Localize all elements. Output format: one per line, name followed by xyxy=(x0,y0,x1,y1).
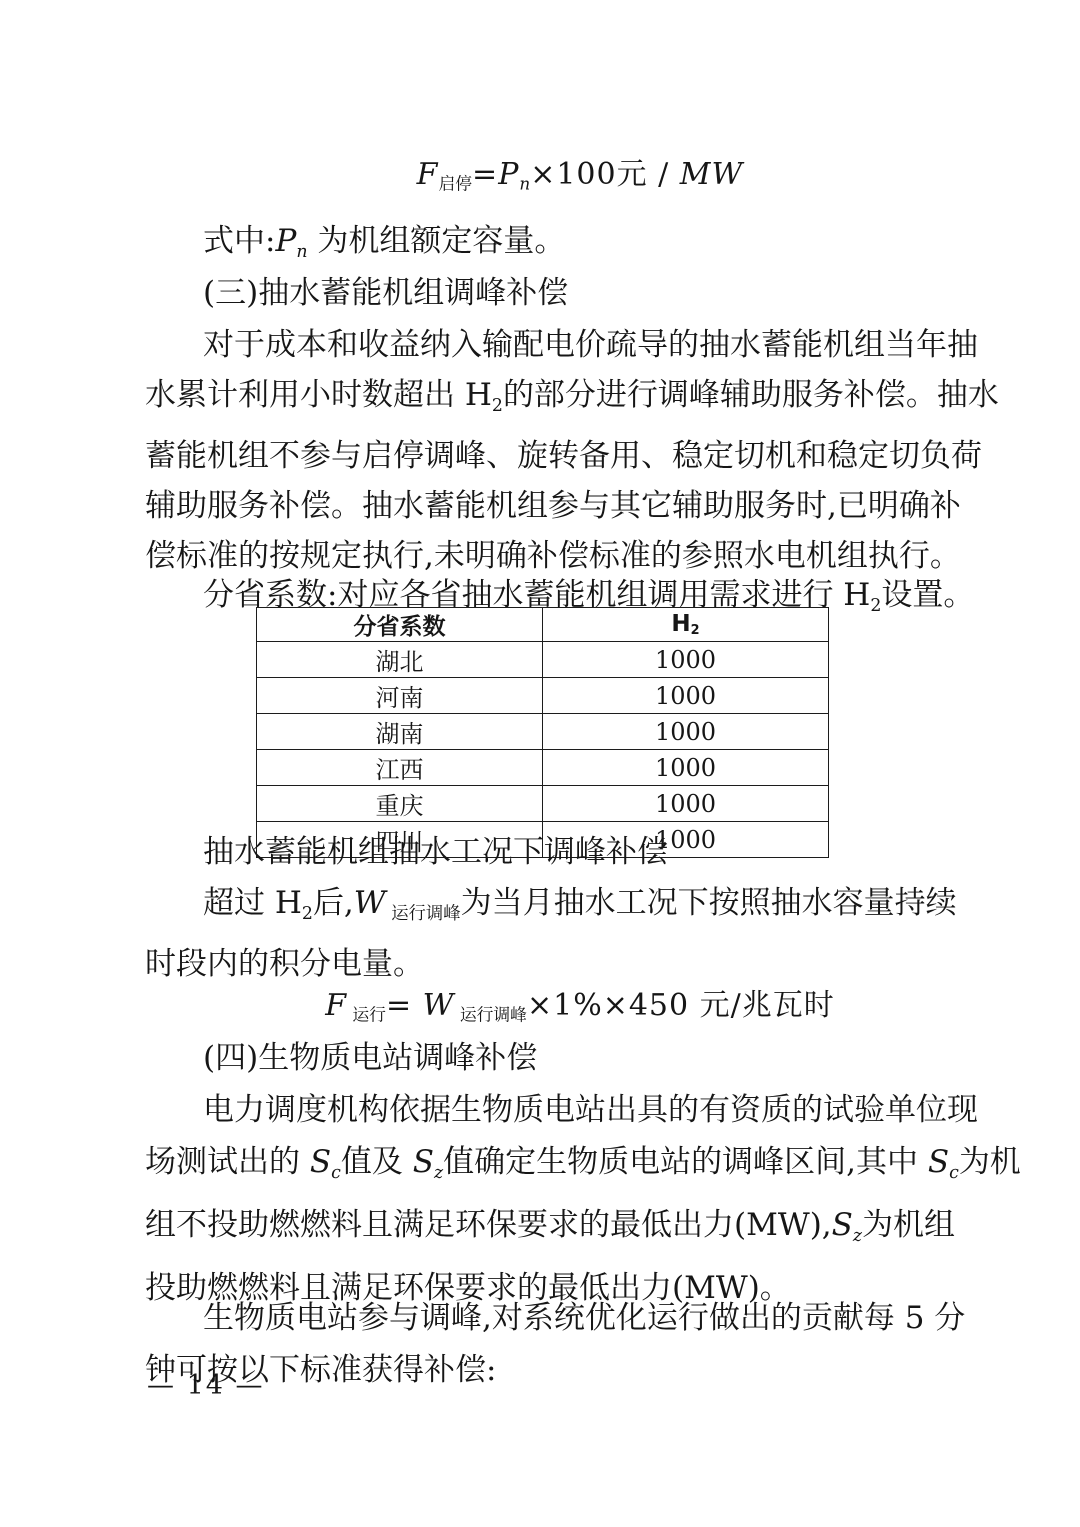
text-run: 2 xyxy=(302,904,313,924)
text-run: P xyxy=(498,157,519,192)
text-run: S xyxy=(928,1144,949,1180)
text-run: 对于成本和收益纳入输配电价疏导的抽水蓄能机组当年抽 xyxy=(203,327,978,363)
text-run: 生物质电站参与调峰,对系统优化运行做出的贡献每 5 分 xyxy=(203,1300,965,1336)
text-run: S xyxy=(413,1144,434,1180)
paragraph-line: 组不投助燃燃料且满足环保要求的最低出力(MW),Sz为机组 xyxy=(145,1199,935,1262)
text-run: c xyxy=(949,1163,959,1183)
table-cell: 湖北 xyxy=(257,642,543,678)
text-run: = xyxy=(386,988,423,1023)
text-run: 元 xyxy=(617,157,648,192)
text-run: 组不投助燃燃料且满足环保要求的最低出力(MW), xyxy=(145,1207,832,1243)
text-run: ×1%×450 元/兆瓦时 xyxy=(527,988,835,1023)
text-run: 运行调峰 xyxy=(386,904,461,924)
text-run: 2 xyxy=(870,596,881,616)
text-run: 为机 xyxy=(959,1144,1021,1180)
text-run: 运行调峰 xyxy=(455,1005,527,1025)
text-run: = xyxy=(472,157,498,192)
text-run: z xyxy=(853,1226,862,1246)
text-run: 时段内的积分电量。 xyxy=(145,946,424,982)
text-run: 的部分进行调峰辅助服务补偿。抽水 xyxy=(503,377,999,413)
text-run: n xyxy=(296,242,307,262)
page-number: — 14 — xyxy=(147,1370,265,1401)
section-heading-4: (四)生物质电站调峰补偿 xyxy=(145,1033,993,1083)
province-coefficient-table: 分省系数 H2 湖北1000河南1000湖南1000江西1000重庆1000四川… xyxy=(256,607,829,858)
paragraph-line: 场测试出的 Sc值及 Sz值确定生物质电站的调峰区间,其中 Sc为机 xyxy=(145,1136,935,1199)
paragraph-line: 电力调度机构依据生物质电站出具的有资质的试验单位现 xyxy=(145,1084,935,1136)
text-run: 蓄能机组不参与启停调峰、旋转备用、稳定切机和稳定切负荷 xyxy=(145,438,982,474)
formula-startup-compensation: F启停=Pn×100元 / MW xyxy=(185,150,975,209)
text-run: 后, xyxy=(313,885,354,921)
text-run: n xyxy=(519,174,530,194)
text-run: W xyxy=(354,885,386,921)
paragraph-biomass: 电力调度机构依据生物质电站出具的有资质的试验单位现 场测试出的 Sc值及 Sz值… xyxy=(145,1084,935,1314)
text-run: 式中: xyxy=(203,223,275,259)
table-row: 湖北1000 xyxy=(257,642,829,678)
text-run: H xyxy=(671,611,690,637)
text-run: 电力调度机构依据生物质电站出具的有资质的试验单位现 xyxy=(203,1092,978,1128)
text-run: F xyxy=(417,157,439,192)
text-run: 抽水蓄能机组抽水工况下调峰补偿 xyxy=(203,834,668,870)
table-cell: 重庆 xyxy=(257,786,543,822)
text-run: 2 xyxy=(492,396,503,416)
text-run: MW xyxy=(680,157,744,192)
text-run: z xyxy=(434,1163,443,1183)
text-run: 场测试出的 xyxy=(145,1144,310,1180)
paragraph-line: 水累计利用小时数超出 H2的部分进行调峰辅助服务补偿。抽水 xyxy=(145,370,935,431)
section-heading-3: (三)抽水蓄能机组调峰补偿 xyxy=(145,268,993,318)
paragraph-line: 辅助服务补偿。抽水蓄能机组参与其它辅助服务时,已明确补 xyxy=(145,481,935,531)
table-header-cell-province: 分省系数 xyxy=(257,608,543,642)
text-run: 为当月抽水工况下按照抽水容量持续 xyxy=(461,885,957,921)
table-cell: 1000 xyxy=(543,714,829,750)
paragraph-line: 蓄能机组不参与启停调峰、旋转备用、稳定切机和稳定切负荷 xyxy=(145,431,935,481)
text-run: 超过 H xyxy=(203,885,302,921)
table-row: 江西1000 xyxy=(257,750,829,786)
table-cell: 1000 xyxy=(543,750,829,786)
text-run: 偿标准的按规定执行,未明确补偿标准的参照水电机组执行。 xyxy=(145,538,961,574)
text-run: F xyxy=(325,988,347,1023)
text-run: S xyxy=(832,1207,853,1243)
table-cell: 河南 xyxy=(257,678,543,714)
text-run: S xyxy=(310,1144,331,1180)
text-run: P xyxy=(275,223,296,259)
text-run: 2 xyxy=(691,623,700,638)
pumping-condition-heading: 抽水蓄能机组抽水工况下调峰补偿 xyxy=(145,827,993,877)
text-run: W xyxy=(423,988,455,1023)
paragraph-line: 生物质电站参与调峰,对系统优化运行做出的贡献每 5 分 xyxy=(145,1292,935,1344)
table-row: 重庆1000 xyxy=(257,786,829,822)
formula-operation-compensation: F 运行= W 运行调峰×1%×450 元/兆瓦时 xyxy=(185,981,975,1040)
text-run: 辅助服务补偿。抽水蓄能机组参与其它辅助服务时,已明确补 xyxy=(145,488,961,524)
text-run: 值确定生物质电站的调峰区间,其中 xyxy=(443,1144,928,1180)
paragraph-line: 超过 H2后,W 运行调峰为当月抽水工况下按照抽水容量持续 xyxy=(145,878,935,939)
text-run: 值及 xyxy=(341,1144,413,1180)
text-run: 为机组额定容量。 xyxy=(308,223,566,259)
table-header: 分省系数 H2 xyxy=(257,608,829,642)
table-header-row: 分省系数 H2 xyxy=(257,608,829,642)
text-run: 启停 xyxy=(438,174,472,194)
table-row: 湖南1000 xyxy=(257,714,829,750)
table-cell: 1000 xyxy=(543,786,829,822)
table-body: 湖北1000河南1000湖南1000江西1000重庆1000四川1000 xyxy=(257,642,829,858)
paragraph-line: 对于成本和收益纳入输配电价疏导的抽水蓄能机组当年抽 xyxy=(145,320,935,370)
table-row: 河南1000 xyxy=(257,678,829,714)
table-cell: 湖南 xyxy=(257,714,543,750)
text-run: ×100 xyxy=(530,157,616,192)
table-cell: 1000 xyxy=(543,642,829,678)
text-run: c xyxy=(331,1163,341,1183)
table-cell: 1000 xyxy=(543,678,829,714)
paragraph-pumped-storage: 对于成本和收益纳入输配电价疏导的抽水蓄能机组当年抽 水累计利用小时数超出 H2的… xyxy=(145,320,935,581)
text-run: 为机组 xyxy=(862,1207,955,1243)
text-run: 运行 xyxy=(347,1005,386,1025)
table-header-cell-h2: H2 xyxy=(543,608,829,642)
paragraph-exceed-h2: 超过 H2后,W 运行调峰为当月抽水工况下按照抽水容量持续 时段内的积分电量。 xyxy=(145,878,935,989)
text-run: / xyxy=(648,157,680,192)
table-cell: 江西 xyxy=(257,750,543,786)
text-run: 设置。 xyxy=(881,577,974,613)
document-page: F启停=Pn×100元 / MW 式中:Pn 为机组额定容量。 (三)抽水蓄能机… xyxy=(0,0,1080,1527)
text-run: 水累计利用小时数超出 H xyxy=(145,377,492,413)
